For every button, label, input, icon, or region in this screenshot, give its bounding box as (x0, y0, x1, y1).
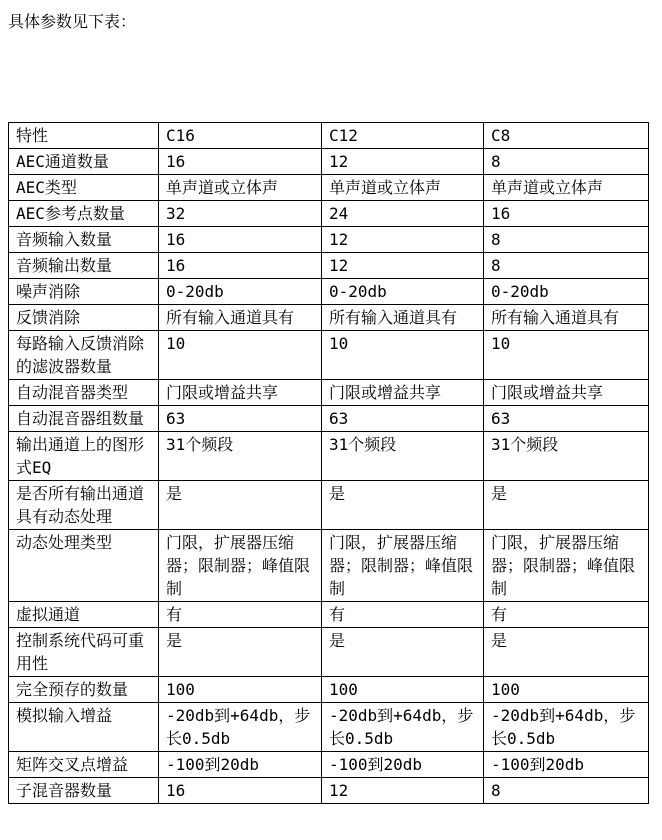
spec-table: 特性 C16 C12 C8 AEC通道数量16128AEC类型单声道或立体声单声… (8, 122, 649, 804)
row-value: 是 (159, 481, 322, 530)
row-value: 单声道或立体声 (159, 175, 322, 201)
row-label: 反馈消除 (9, 305, 159, 331)
row-value: 是 (484, 481, 649, 530)
row-label: 虚拟通道 (9, 602, 159, 628)
row-value: 16 (159, 778, 322, 804)
row-value: -20db到+64db，步长0.5db (322, 703, 484, 752)
row-label: 自动混音器类型 (9, 380, 159, 406)
row-value: 32 (159, 201, 322, 227)
page-heading: 具体参数见下表： (8, 12, 136, 32)
table-row: 子混音器数量16128 (9, 778, 649, 804)
row-value: 100 (159, 677, 322, 703)
row-value: 是 (322, 628, 484, 677)
row-value: 16 (159, 149, 322, 175)
column-header-feature: 特性 (9, 123, 159, 149)
row-label: 自动混音器组数量 (9, 406, 159, 432)
table-row: 每路输入反馈消除的滤波器数量101010 (9, 331, 649, 380)
column-header-c16: C16 (159, 123, 322, 149)
row-label: 子混音器数量 (9, 778, 159, 804)
table-row: 音频输入数量16128 (9, 227, 649, 253)
table-row: 反馈消除所有输入通道具有所有输入通道具有所有输入通道具有 (9, 305, 649, 331)
row-value: 所有输入通道具有 (484, 305, 649, 331)
row-label: 矩阵交叉点增益 (9, 752, 159, 778)
table-row: 输出通道上的图形式EQ31个频段31个频段31个频段 (9, 432, 649, 481)
row-value: 31个频段 (484, 432, 649, 481)
row-value: 16 (484, 201, 649, 227)
document-page: 具体参数见下表： 特性 C16 C12 C8 AEC通道数量16128AEC类型… (0, 0, 662, 840)
row-value: 0-20db (322, 279, 484, 305)
row-value: 是 (322, 481, 484, 530)
row-value: -100到20db (322, 752, 484, 778)
row-value: 31个频段 (322, 432, 484, 481)
row-label: 是否所有输出通道具有动态处理 (9, 481, 159, 530)
table-row: 自动混音器类型门限或增益共享门限或增益共享门限或增益共享 (9, 380, 649, 406)
row-label: AEC通道数量 (9, 149, 159, 175)
row-value: 63 (159, 406, 322, 432)
row-value: 8 (484, 149, 649, 175)
row-value: 63 (322, 406, 484, 432)
table-row: 完全预存的数量100100100 (9, 677, 649, 703)
row-value: 门限或增益共享 (322, 380, 484, 406)
row-value: -20db到+64db，步长0.5db (159, 703, 322, 752)
row-label: AEC类型 (9, 175, 159, 201)
row-value: 10 (159, 331, 322, 380)
row-value: 门限或增益共享 (159, 380, 322, 406)
row-label: 动态处理类型 (9, 530, 159, 602)
column-header-c8: C8 (484, 123, 649, 149)
row-value: 12 (322, 778, 484, 804)
row-value: 8 (484, 778, 649, 804)
row-value: 有 (484, 602, 649, 628)
row-value: 是 (159, 628, 322, 677)
table-row: AEC通道数量16128 (9, 149, 649, 175)
row-value: 门限，扩展器压缩器；限制器；峰值限制 (159, 530, 322, 602)
row-value: -100到20db (159, 752, 322, 778)
row-label: 模拟输入增益 (9, 703, 159, 752)
row-value: 有 (322, 602, 484, 628)
row-label: 噪声消除 (9, 279, 159, 305)
row-value: 12 (322, 253, 484, 279)
table-row: 是否所有输出通道具有动态处理是是是 (9, 481, 649, 530)
row-label: 每路输入反馈消除的滤波器数量 (9, 331, 159, 380)
table-row: 虚拟通道有有有 (9, 602, 649, 628)
table-row: 矩阵交叉点增益-100到20db-100到20db-100到20db (9, 752, 649, 778)
row-value: 所有输入通道具有 (322, 305, 484, 331)
row-value: 12 (322, 149, 484, 175)
row-label: 完全预存的数量 (9, 677, 159, 703)
table-row: 动态处理类型门限，扩展器压缩器；限制器；峰值限制门限，扩展器压缩器；限制器；峰值… (9, 530, 649, 602)
row-value: 16 (159, 253, 322, 279)
row-value: 8 (484, 227, 649, 253)
row-value: 10 (322, 331, 484, 380)
row-label: AEC参考点数量 (9, 201, 159, 227)
row-value: 单声道或立体声 (322, 175, 484, 201)
row-value: 门限或增益共享 (484, 380, 649, 406)
row-value: 0-20db (159, 279, 322, 305)
table-row: 噪声消除0-20db0-20db0-20db (9, 279, 649, 305)
table-row: AEC类型单声道或立体声单声道或立体声单声道或立体声 (9, 175, 649, 201)
row-value: 门限，扩展器压缩器；限制器；峰值限制 (484, 530, 649, 602)
table-row: 模拟输入增益-20db到+64db，步长0.5db-20db到+64db，步长0… (9, 703, 649, 752)
table-row: 控制系统代码可重用性是是是 (9, 628, 649, 677)
row-label: 音频输出数量 (9, 253, 159, 279)
row-value: 所有输入通道具有 (159, 305, 322, 331)
row-value: 63 (484, 406, 649, 432)
row-value: 100 (322, 677, 484, 703)
row-value: 0-20db (484, 279, 649, 305)
row-label: 控制系统代码可重用性 (9, 628, 159, 677)
row-value: 24 (322, 201, 484, 227)
row-value: 门限，扩展器压缩器；限制器；峰值限制 (322, 530, 484, 602)
row-label: 输出通道上的图形式EQ (9, 432, 159, 481)
table-row: 音频输出数量16128 (9, 253, 649, 279)
row-value: -20db到+64db，步长0.5db (484, 703, 649, 752)
header-row: 特性 C16 C12 C8 (9, 123, 649, 149)
table-row: AEC参考点数量322416 (9, 201, 649, 227)
row-value: 单声道或立体声 (484, 175, 649, 201)
row-label: 音频输入数量 (9, 227, 159, 253)
column-header-c12: C12 (322, 123, 484, 149)
row-value: -100到20db (484, 752, 649, 778)
spec-table-body: AEC通道数量16128AEC类型单声道或立体声单声道或立体声单声道或立体声AE… (9, 149, 649, 804)
row-value: 8 (484, 253, 649, 279)
row-value: 是 (484, 628, 649, 677)
row-value: 31个频段 (159, 432, 322, 481)
row-value: 10 (484, 331, 649, 380)
row-value: 16 (159, 227, 322, 253)
row-value: 有 (159, 602, 322, 628)
table-row: 自动混音器组数量636363 (9, 406, 649, 432)
row-value: 12 (322, 227, 484, 253)
row-value: 100 (484, 677, 649, 703)
